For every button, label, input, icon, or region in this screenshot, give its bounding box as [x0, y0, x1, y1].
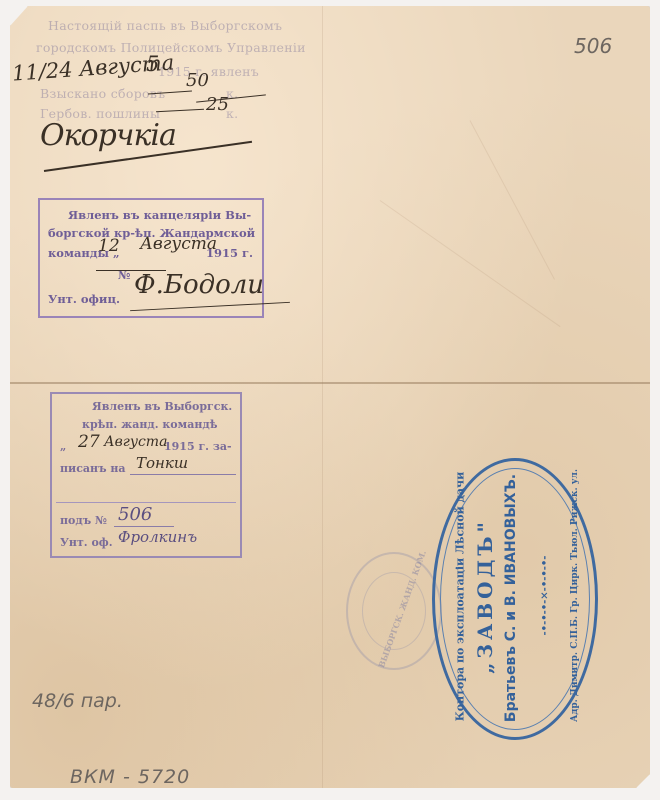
stamp2-handwritten-officer: Фролкинъ [118, 528, 197, 546]
horizontal-fold-line [10, 382, 650, 384]
stamp2-handwritten-month: Августа [104, 434, 167, 450]
stamp1-handwritten-month: Августа [140, 234, 217, 254]
stamp2-number-line [114, 526, 174, 527]
handwritten-fee-1: 50 [186, 70, 209, 91]
stamp1-line-1: Явленъ въ канцеляріи Вы- [68, 208, 251, 222]
gendarme-stamp-1: Явленъ въ канцеляріи Вы- боргской кр-ѣп.… [38, 198, 264, 318]
handwritten-fee-2: 25 [206, 94, 229, 115]
oval-outer-text: Контора по эксплоатаціи Лѣсной дачи [454, 467, 467, 727]
stamp2-line-2: крѣп. жанд. командѣ [82, 418, 217, 431]
pencil-note-reference: 48/6 пар. [32, 690, 123, 712]
stamp2-line-4-prefix: писанъ на [60, 462, 126, 475]
oval-bottom-text: Адр. Димитр. С.П.Б. Гр. Цирк. Тьюл. Рижс… [570, 472, 580, 722]
stamp2-divider [56, 502, 236, 503]
stamp2-line-3-prefix: „ [60, 440, 66, 453]
stamp2-handwritten-day: 27 [78, 432, 100, 452]
inventory-number: ВКМ - 5720 [70, 766, 190, 788]
header-line-4: Взыскано сборовъ [40, 86, 165, 101]
oval-ornament: -•-•-•-×-•-•-•- [540, 521, 551, 671]
stamp2-line-1: Явленъ въ Выборгск. [92, 400, 232, 413]
stamp2-location-line [130, 474, 236, 475]
header-line-1: Настоящій паспь въ Выборгскомъ [48, 18, 282, 33]
handwritten-signature-header: Окорчкіа [40, 118, 176, 153]
stamp1-line-5: Унт. офиц. [48, 292, 120, 306]
stamp2-handwritten-number: 506 [118, 504, 152, 525]
stamp1-handwritten-day: 12 [98, 236, 120, 256]
stamp2-line-3-year: 1915 г. за- [164, 440, 232, 453]
handwritten-year-digit: 5 [146, 52, 159, 76]
stamp2-line-6-prefix: Унт. оф. [60, 536, 113, 549]
stamp2-line-5-prefix: подъ № [60, 514, 107, 527]
stamp1-signature: Ф.Бодоли [134, 270, 264, 300]
archive-number: 506 [574, 34, 612, 58]
oval-center-name: Братьевъ С. и В. ИВАНОВЫХЪ. [503, 473, 519, 723]
vertical-fold-line [322, 6, 323, 788]
oval-center-title: „ЗАВОДЪ" [473, 506, 497, 686]
stamp2-handwritten-location: Тонкш [136, 454, 188, 472]
